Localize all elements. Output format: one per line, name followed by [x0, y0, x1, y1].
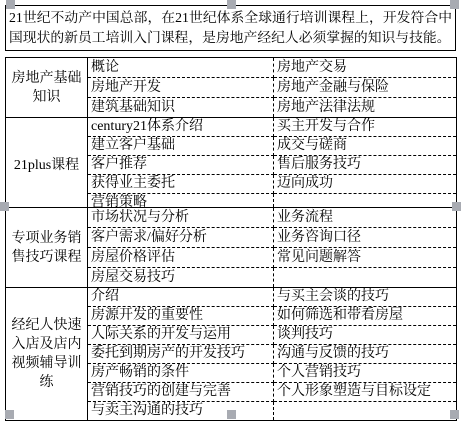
course-cell-left: 获得业主委托: [88, 175, 274, 194]
table-row: 房地产基础知识概论房地产交易: [6, 58, 457, 78]
course-cell-right: 如何筛选和带看房屋: [274, 307, 457, 326]
course-cell-left: 与卖主沟通的技巧: [88, 402, 274, 421]
category-cell: 专项业务销售技巧课程: [6, 208, 88, 288]
course-cell-right: 迈向成功: [274, 175, 457, 194]
table-row: 21plus课程century21体系介绍买主开发与合作: [6, 118, 457, 137]
category-cell: 经纪人快速入店及店内视频辅导训练: [6, 288, 88, 421]
course-cell-left: 客户需求/偏好分析: [88, 228, 274, 248]
course-cell-left: century21体系介绍: [88, 118, 274, 137]
selection-handle-middle-left[interactable]: [0, 202, 9, 211]
course-cell-left: 房屋交易技巧: [88, 268, 274, 288]
selection-handle-top-left[interactable]: [6, 0, 15, 9]
course-table-upper: 房地产基础知识概论房地产交易房地产开发房地产金融与保险建筑基础知识房地产法律法规…: [5, 57, 457, 213]
course-cell-left: 建立客户基础: [88, 137, 274, 156]
course-cell-right: [274, 268, 457, 288]
selection-handle-bottom-right[interactable]: [450, 410, 459, 419]
intro-paragraph: 21世纪不动产中国总部，在21世纪体系全球通行培训课程上，开发符合中国现状的新员…: [5, 5, 456, 51]
course-cell-left: 委托到期房产的开发技巧: [88, 345, 274, 364]
course-cell-right: 业务咨询口径: [274, 228, 457, 248]
course-cell-left: 房源开发的重要性: [88, 307, 274, 326]
course-cell-left: 房产畅销的条件: [88, 364, 274, 383]
course-cell-right: 谈判技巧: [274, 326, 457, 345]
course-cell-right: 个人营销技巧: [274, 364, 457, 383]
course-cell-right: 沟通与反馈的技巧: [274, 345, 457, 364]
course-cell-right: 成交与磋商: [274, 137, 457, 156]
course-cell-right: 业务流程: [274, 208, 457, 228]
selection-handle-top-right[interactable]: [450, 0, 459, 9]
course-cell-left: 市场状况与分析: [88, 208, 274, 228]
selection-handle-bottom-center[interactable]: [227, 410, 236, 419]
selection-handle-top-center[interactable]: [227, 0, 236, 9]
category-cell: 21plus课程: [6, 118, 88, 213]
category-cell: 房地产基础知识: [6, 58, 88, 118]
table-row: 经纪人快速入店及店内视频辅导训练介绍与买主会谈的技巧: [6, 288, 457, 307]
course-cell-left: 介绍: [88, 288, 274, 307]
table-row: 专项业务销售技巧课程市场状况与分析业务流程: [6, 208, 457, 228]
course-table-lower: 专项业务销售技巧课程市场状况与分析业务流程客户需求/偏好分析业务咨询口径房屋价格…: [5, 207, 457, 421]
course-cell-left: 客户推荐: [88, 156, 274, 175]
course-cell-right: [274, 402, 457, 421]
selection-handle-middle-right[interactable]: [452, 202, 461, 211]
course-cell-left: 人际关系的开发与运用: [88, 326, 274, 345]
course-cell-left: 房地产开发: [88, 78, 274, 98]
course-cell-left: 营销技巧的创建与完善: [88, 383, 274, 402]
course-cell-right: 房地产法律法规: [274, 98, 457, 118]
document-canvas: 21世纪不动产中国总部，在21世纪体系全球通行培训课程上，开发符合中国现状的新员…: [0, 0, 462, 421]
course-cell-right: 常见问题解答: [274, 248, 457, 268]
course-cell-left: 概论: [88, 58, 274, 78]
course-cell-left: 建筑基础知识: [88, 98, 274, 118]
course-cell-right: 房地产金融与保险: [274, 78, 457, 98]
selection-handle-bottom-left[interactable]: [5, 410, 14, 419]
course-cell-left: 房屋价格评估: [88, 248, 274, 268]
course-cell-right: 个人形象塑造与目标设定: [274, 383, 457, 402]
course-cell-right: 售后服务技巧: [274, 156, 457, 175]
course-cell-right: 房地产交易: [274, 58, 457, 78]
course-cell-right: 与买主会谈的技巧: [274, 288, 457, 307]
course-cell-right: 买主开发与合作: [274, 118, 457, 137]
